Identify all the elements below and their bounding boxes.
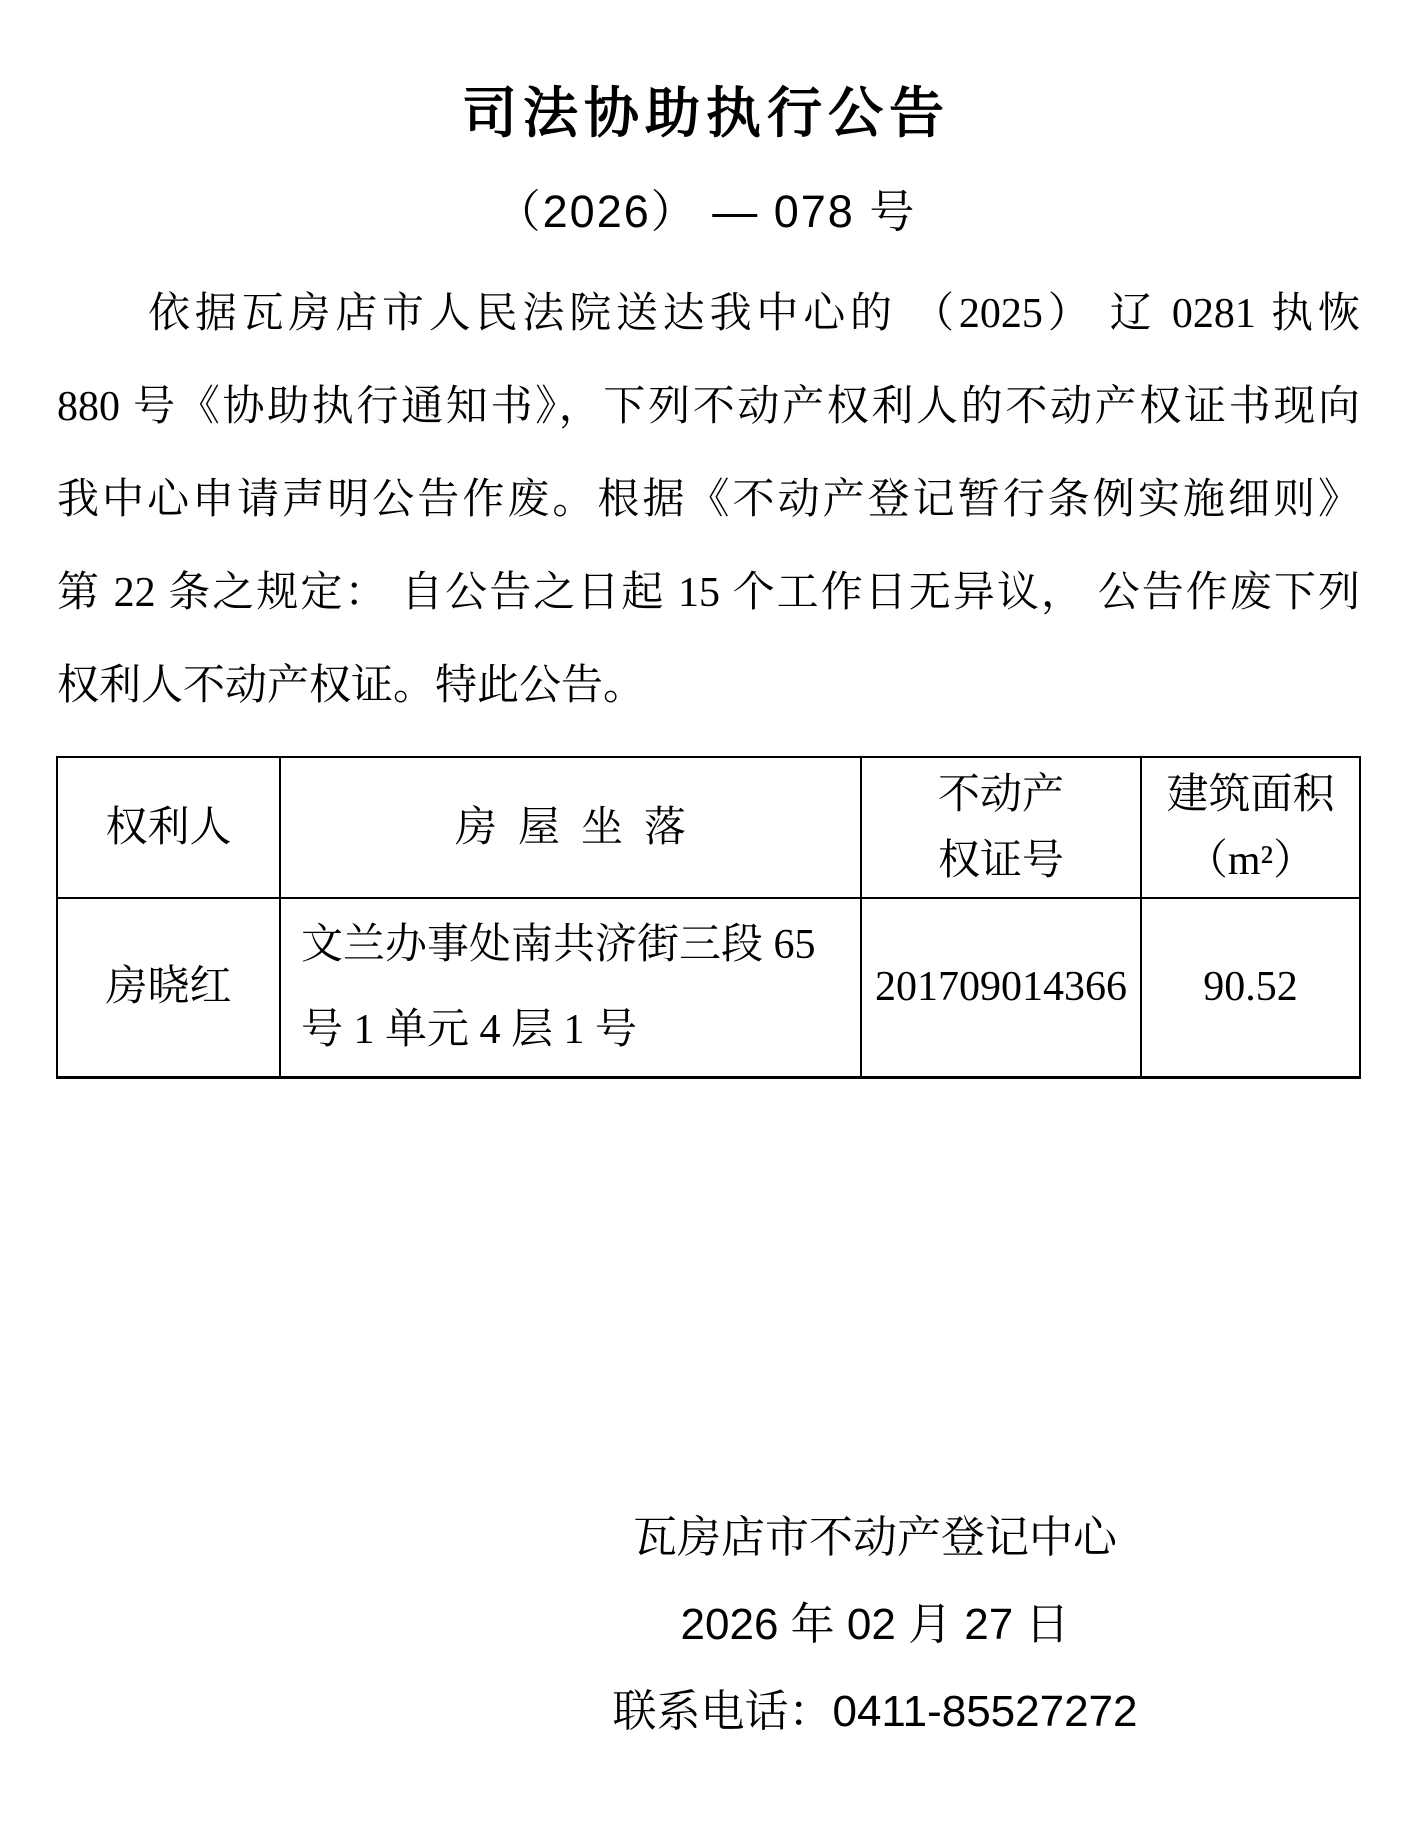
table-row: 房晓红 文兰办事处南共济街三段 65 号 1 单元 4 层 1 号 201709… bbox=[57, 898, 1360, 1078]
announcement-page: 司法协助执行公告 （2026） — 078 号 依据瓦房店市人民法院送达我中心的… bbox=[0, 0, 1412, 1840]
issue-date: 2026 年 02 月 27 日 bbox=[338, 1581, 1412, 1668]
contact-phone: 联系电话：0411-85527272 bbox=[338, 1668, 1412, 1755]
body-line-4: 第 22 条之规定： 自公告之日起 15 个工作日无异议， 公告作废下列 bbox=[57, 547, 1360, 640]
col-header-owner: 权利人 bbox=[57, 757, 280, 898]
property-table: 权利人 房 屋 坐 落 不动产 权证号 建筑面积 （m²） 房晓红 文兰办事处南… bbox=[56, 756, 1361, 1079]
doc-number: （2026） — 078 号 bbox=[0, 188, 1412, 236]
table-header-row: 权利人 房 屋 坐 落 不动产 权证号 建筑面积 （m²） bbox=[57, 757, 1360, 898]
col-header-cert-no: 不动产 权证号 bbox=[861, 757, 1141, 898]
col-header-area: 建筑面积 （m²） bbox=[1141, 757, 1360, 898]
signature-block: 瓦房店市不动产登记中心 2026 年 02 月 27 日 联系电话：0411-8… bbox=[338, 1494, 1412, 1755]
cell-cert-no: 201709014366 bbox=[861, 898, 1141, 1078]
body-paragraph: 依据瓦房店市人民法院送达我中心的 （2025） 辽 0281 执恢 880 号《… bbox=[57, 268, 1360, 733]
issuer-name: 瓦房店市不动产登记中心 bbox=[338, 1494, 1412, 1581]
body-line-2: 880 号《协助执行通知书》，下列不动产权利人的不动产权证书现向 bbox=[57, 361, 1360, 454]
col-header-address: 房 屋 坐 落 bbox=[280, 757, 861, 898]
cell-owner: 房晓红 bbox=[57, 898, 280, 1078]
cell-area: 90.52 bbox=[1141, 898, 1360, 1078]
cell-address: 文兰办事处南共济街三段 65 号 1 单元 4 层 1 号 bbox=[280, 898, 861, 1078]
body-line-5: 权利人不动产权证。特此公告。 bbox=[57, 640, 1360, 733]
body-line-3: 我中心申请声明公告作废。根据《不动产登记暂行条例实施细则》 bbox=[57, 454, 1360, 547]
page-title: 司法协助执行公告 bbox=[0, 84, 1412, 142]
body-line-1: 依据瓦房店市人民法院送达我中心的 （2025） 辽 0281 执恢 bbox=[57, 268, 1360, 361]
